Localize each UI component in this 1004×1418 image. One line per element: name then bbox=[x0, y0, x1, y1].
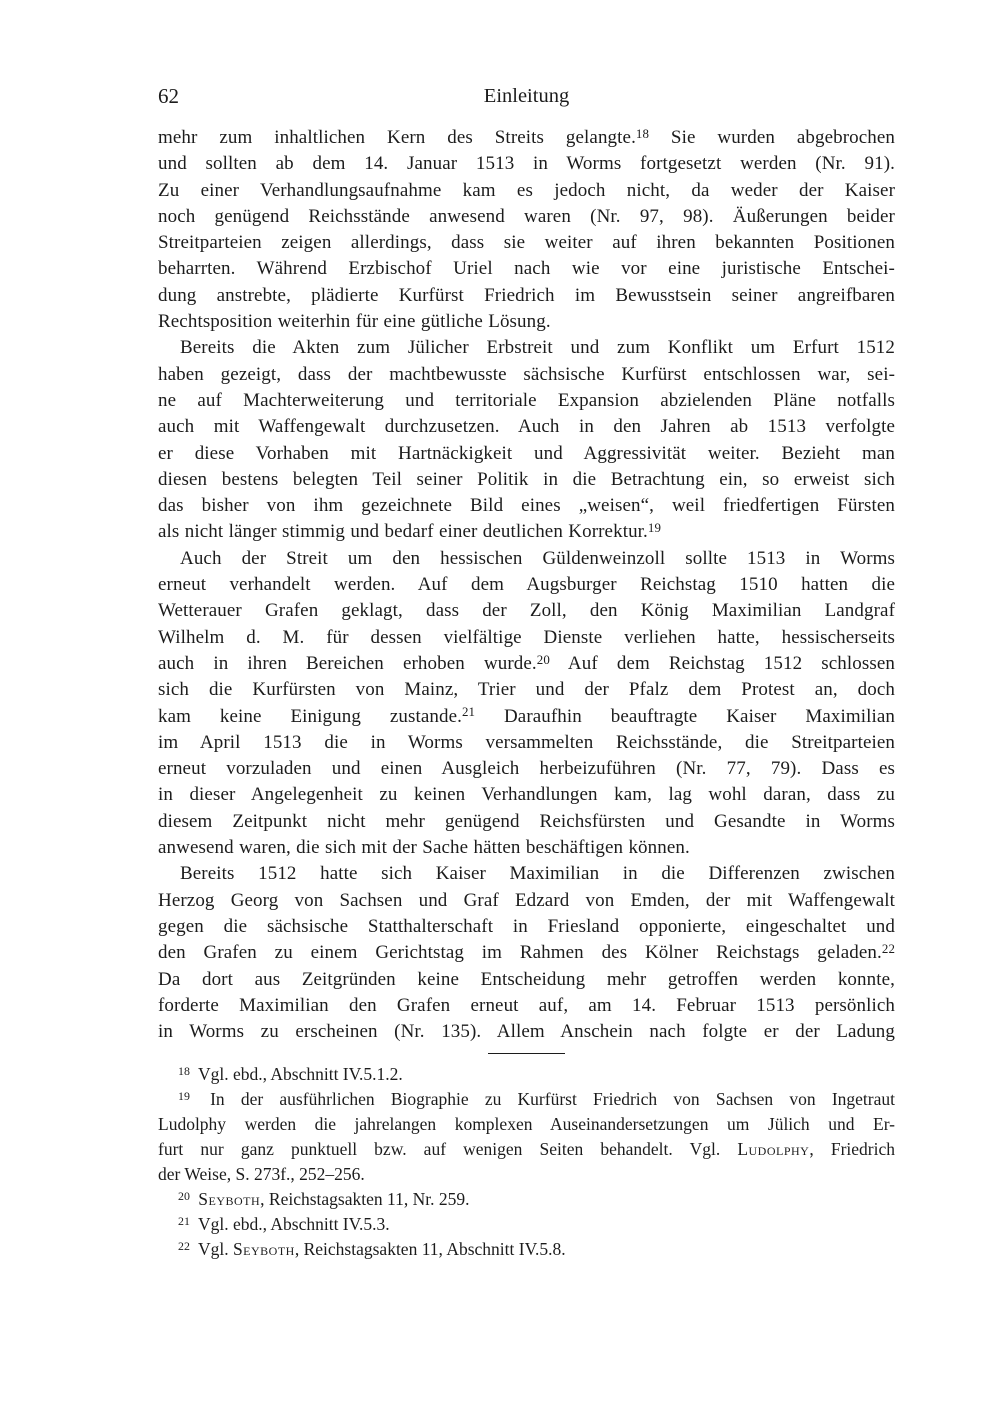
author-smallcaps: Ludolphy bbox=[737, 1139, 809, 1159]
text-line: Wilhelm d. M. für dessen vielfältige Die… bbox=[158, 625, 895, 651]
footnote-line: 21 Vgl. ebd., Abschnitt IV.5.3. bbox=[158, 1212, 895, 1237]
footnotes: 18 Vgl. ebd., Abschnitt IV.5.1.2.19 In d… bbox=[158, 1062, 895, 1262]
paragraph: Bereits die Akten zum Jülicher Erbstreit… bbox=[158, 335, 895, 545]
text-line: erneut vorzuladen und einen Ausgleich he… bbox=[158, 756, 895, 782]
text-line: und sollten ab dem 14. Januar 1513 in Wo… bbox=[158, 151, 895, 177]
text-line: Auch der Streit um den hessischen Gülden… bbox=[158, 546, 895, 572]
paragraph: mehr zum inhaltlichen Kern des Streits g… bbox=[158, 125, 895, 335]
footnote-marker: 21 bbox=[178, 1214, 190, 1228]
footnote-line: 22 Vgl. Seyboth, Reichstagsakten 11, Abs… bbox=[158, 1237, 895, 1262]
footnote-19: 19 In der ausführlichen Biographie zu Ku… bbox=[158, 1087, 895, 1187]
author-smallcaps: Seyboth bbox=[233, 1239, 295, 1259]
running-head: 62 Einleitung bbox=[158, 84, 895, 108]
text-line: als nicht länger stimmig und bedarf eine… bbox=[158, 519, 895, 545]
footnote-marker: 18 bbox=[636, 126, 649, 141]
footnote-marker: 22 bbox=[178, 1239, 190, 1253]
text-line: beharrten. Während Erzbischof Uriel nach… bbox=[158, 256, 895, 282]
paragraph: Bereits 1512 hatte sich Kaiser Maximilia… bbox=[158, 861, 895, 1045]
text-line: Streitparteien zeigen allerdings, dass s… bbox=[158, 230, 895, 256]
text-line: er diese Vorhaben mit Hartnäckigkeit und… bbox=[158, 441, 895, 467]
footnote-line: 19 In der ausführlichen Biographie zu Ku… bbox=[158, 1087, 895, 1112]
text-line: Da dort aus Zeitgründen keine Entscheidu… bbox=[158, 967, 895, 993]
footnote-separator bbox=[488, 1053, 565, 1054]
footnote-21: 21 Vgl. ebd., Abschnitt IV.5.3. bbox=[158, 1212, 895, 1237]
text-line: Wetterauer Grafen geklagt, dass der Zoll… bbox=[158, 598, 895, 624]
text-line: Bereits die Akten zum Jülicher Erbstreit… bbox=[158, 335, 895, 361]
text-line: dung anstrebte, plädierte Kurfürst Fried… bbox=[158, 283, 895, 309]
text-line: haben gezeigt, dass der machtbewusste sä… bbox=[158, 362, 895, 388]
footnote-line: Ludolphy werden die jahrelangen komplexe… bbox=[158, 1112, 895, 1137]
footnote-marker: 18 bbox=[178, 1064, 190, 1078]
text-line: auch in ihren Bereichen erhoben wurde.20… bbox=[158, 651, 895, 677]
footnote-22: 22 Vgl. Seyboth, Reichstagsakten 11, Abs… bbox=[158, 1237, 895, 1262]
footnote-line: 18 Vgl. ebd., Abschnitt IV.5.1.2. bbox=[158, 1062, 895, 1087]
paragraph: Auch der Streit um den hessischen Gülden… bbox=[158, 546, 895, 862]
footnote-marker: 20 bbox=[537, 652, 550, 667]
text-line: Rechtsposition weiterhin für eine gütlic… bbox=[158, 309, 895, 335]
text-line: diesen bestens belegten Teil seiner Poli… bbox=[158, 467, 895, 493]
book-page: 62 Einleitung mehr zum inhaltlichen Kern… bbox=[0, 0, 1004, 1418]
text-line: im April 1513 die in Worms versammelten … bbox=[158, 730, 895, 756]
text-line: anwesend waren, die sich mit der Sache h… bbox=[158, 835, 895, 861]
footnote-18: 18 Vgl. ebd., Abschnitt IV.5.1.2. bbox=[158, 1062, 895, 1087]
text-line: gegen die sächsische Statthalterschaft i… bbox=[158, 914, 895, 940]
footnote-marker: 21 bbox=[462, 704, 475, 719]
text-line: Bereits 1512 hatte sich Kaiser Maximilia… bbox=[158, 861, 895, 887]
body-text: mehr zum inhaltlichen Kern des Streits g… bbox=[158, 125, 895, 1045]
footnote-marker: 19 bbox=[648, 520, 661, 535]
running-title: Einleitung bbox=[158, 84, 895, 108]
text-line: mehr zum inhaltlichen Kern des Streits g… bbox=[158, 125, 895, 151]
footnote-line: furt nur ganz punktuell bzw. auf wenigen… bbox=[158, 1137, 895, 1162]
footnote-marker: 19 bbox=[178, 1089, 190, 1103]
text-line: in Worms zu erscheinen (Nr. 135). Allem … bbox=[158, 1019, 895, 1045]
text-line: noch genügend Reichsstände anwesend ware… bbox=[158, 204, 895, 230]
footnote-marker: 20 bbox=[178, 1189, 190, 1203]
text-line: Zu einer Verhandlungsaufnahme kam es jed… bbox=[158, 178, 895, 204]
author-smallcaps: Seyboth bbox=[198, 1189, 260, 1209]
text-line: den Grafen zu einem Gerichtstag im Rahme… bbox=[158, 940, 895, 966]
text-line: ne auf Machterweiterung und territoriale… bbox=[158, 388, 895, 414]
text-block: 62 Einleitung mehr zum inhaltlichen Kern… bbox=[158, 84, 895, 1262]
text-line: kam keine Einigung zustande.21 Daraufhin… bbox=[158, 704, 895, 730]
text-line: diesem Zeitpunkt nicht mehr genügend Rei… bbox=[158, 809, 895, 835]
text-line: das bisher von ihm gezeichnete Bild eine… bbox=[158, 493, 895, 519]
footnote-line: der Weise, S. 273f., 252–256. bbox=[158, 1162, 895, 1187]
footnote-20: 20 Seyboth, Reichstagsakten 11, Nr. 259. bbox=[158, 1187, 895, 1212]
text-line: erneut verhandelt werden. Auf dem Augsbu… bbox=[158, 572, 895, 598]
text-line: in dieser Angelegenheit zu keinen Verhan… bbox=[158, 782, 895, 808]
text-line: forderte Maximilian den Grafen erneut au… bbox=[158, 993, 895, 1019]
text-line: auch mit Waffengewalt durchzusetzen. Auc… bbox=[158, 414, 895, 440]
footnote-marker: 22 bbox=[882, 941, 895, 956]
text-line: sich die Kurfürsten von Mainz, Trier und… bbox=[158, 677, 895, 703]
footnote-line: 20 Seyboth, Reichstagsakten 11, Nr. 259. bbox=[158, 1187, 895, 1212]
text-line: Herzog Georg von Sachsen und Graf Edzard… bbox=[158, 888, 895, 914]
